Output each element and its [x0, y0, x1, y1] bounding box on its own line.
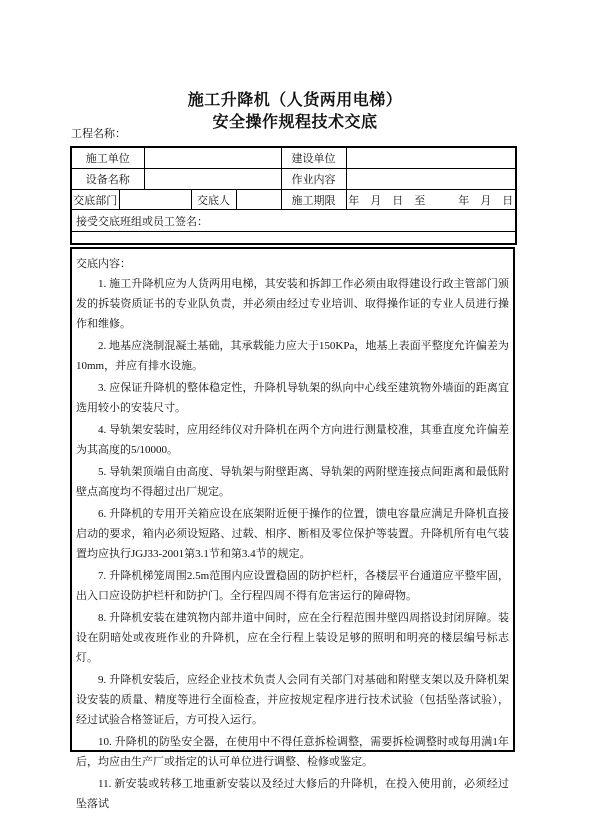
disclosure-dept-label: 交底部门	[71, 190, 119, 210]
construction-period-label: 施工期限	[281, 190, 346, 210]
content-item-10: 10. 升降机的防坠安全器，在使用中不得任意拆检调整，需要拆检调整时或每用满1年…	[76, 732, 509, 772]
document-title: 施工升降机（人货两用电梯） 安全操作规程技术交底	[0, 89, 590, 133]
construction-period-value: 年 月 日 至 年 月 日	[346, 190, 516, 210]
project-name-label: 工程名称：	[71, 128, 126, 141]
construction-unit-label: 施工单位	[71, 147, 144, 169]
construction-unit-value	[144, 147, 281, 169]
info-table: 施工单位 建设单位 设备名称 作业内容 交底部门 交底人 施工期限 年 月 日 …	[70, 146, 517, 245]
content-item-5: 5. 导轨架顶端自由高度、导轨架与附壁距离、导轨架的两附壁连接点间距离和最低附壁…	[76, 462, 509, 502]
table-row: 交底部门 交底人 施工期限 年 月 日 至 年 月 日	[71, 190, 516, 210]
client-unit-label: 建设单位	[281, 147, 346, 169]
discloser-value	[236, 190, 281, 210]
work-content-value	[346, 169, 516, 190]
content-item-6: 6. 升降机的专用开关箱应设在底架附近便于操作的位置，馈电容量应满足升降机直接启…	[76, 504, 509, 564]
content-item-11: 11. 新安装或转移工地重新安装以及经过大修后的升降机，在投入使用前，必须经过坠…	[76, 774, 509, 814]
discloser-label: 交底人	[191, 190, 236, 210]
content-item-4: 4. 导轨架安装时，应用经纬仪对升降机在两个方向进行测量校准，其垂直度允许偏差为…	[76, 420, 509, 460]
content-item-1: 1. 施工升降机应为人货两用电梯，其安装和拆卸工作必须由取得建设行政主管部门颁发…	[76, 274, 509, 334]
content-item-9: 9. 升降机安装后，应经企业技术负责人会同有关部门对基础和附壁支架以及升降机架设…	[76, 670, 509, 730]
client-unit-value	[346, 147, 516, 169]
disclosure-dept-value	[119, 190, 191, 210]
work-content-label: 作业内容	[281, 169, 346, 190]
table-row: 施工单位 建设单位	[71, 147, 516, 169]
table-row	[71, 232, 516, 245]
equipment-name-value	[144, 169, 281, 190]
equipment-name-label: 设备名称	[71, 169, 144, 190]
content-item-3: 3. 应保证升降机的整体稳定性，升降机导轨架的纵向中心线至建筑物外墙面的距离宜选…	[76, 378, 509, 418]
content-item-7: 7. 升降机梯笼周围2.5m范围内应设置稳固的防护栏杆，各楼层平台通道应平整牢固…	[76, 566, 509, 606]
signature-row-value	[71, 232, 516, 245]
content-item-8: 8. 升降机安装在建筑物内部井道中间时，应在全行程范围井壁四周搭设封闭屏障。装设…	[76, 608, 509, 668]
document-page: 施工升降机（人货两用电梯） 安全操作规程技术交底 工程名称： 施工单位 建设单位…	[0, 0, 590, 835]
content-heading: 交底内容：	[76, 254, 509, 274]
signature-row-label: 接受交底班组或员工签名：	[71, 210, 516, 232]
table-row: 接受交底班组或员工签名：	[71, 210, 516, 232]
document-title-line1: 施工升降机（人货两用电梯）	[0, 89, 590, 111]
table-row: 设备名称 作业内容	[71, 169, 516, 190]
content-item-2: 2. 地基应浇制混凝土基础，其承载能力应大于150KPa，地基上表面平整度允许偏…	[76, 336, 509, 376]
disclosure-content-box: 交底内容： 1. 施工升降机应为人货两用电梯，其安装和拆卸工作必须由取得建设行政…	[70, 247, 515, 752]
